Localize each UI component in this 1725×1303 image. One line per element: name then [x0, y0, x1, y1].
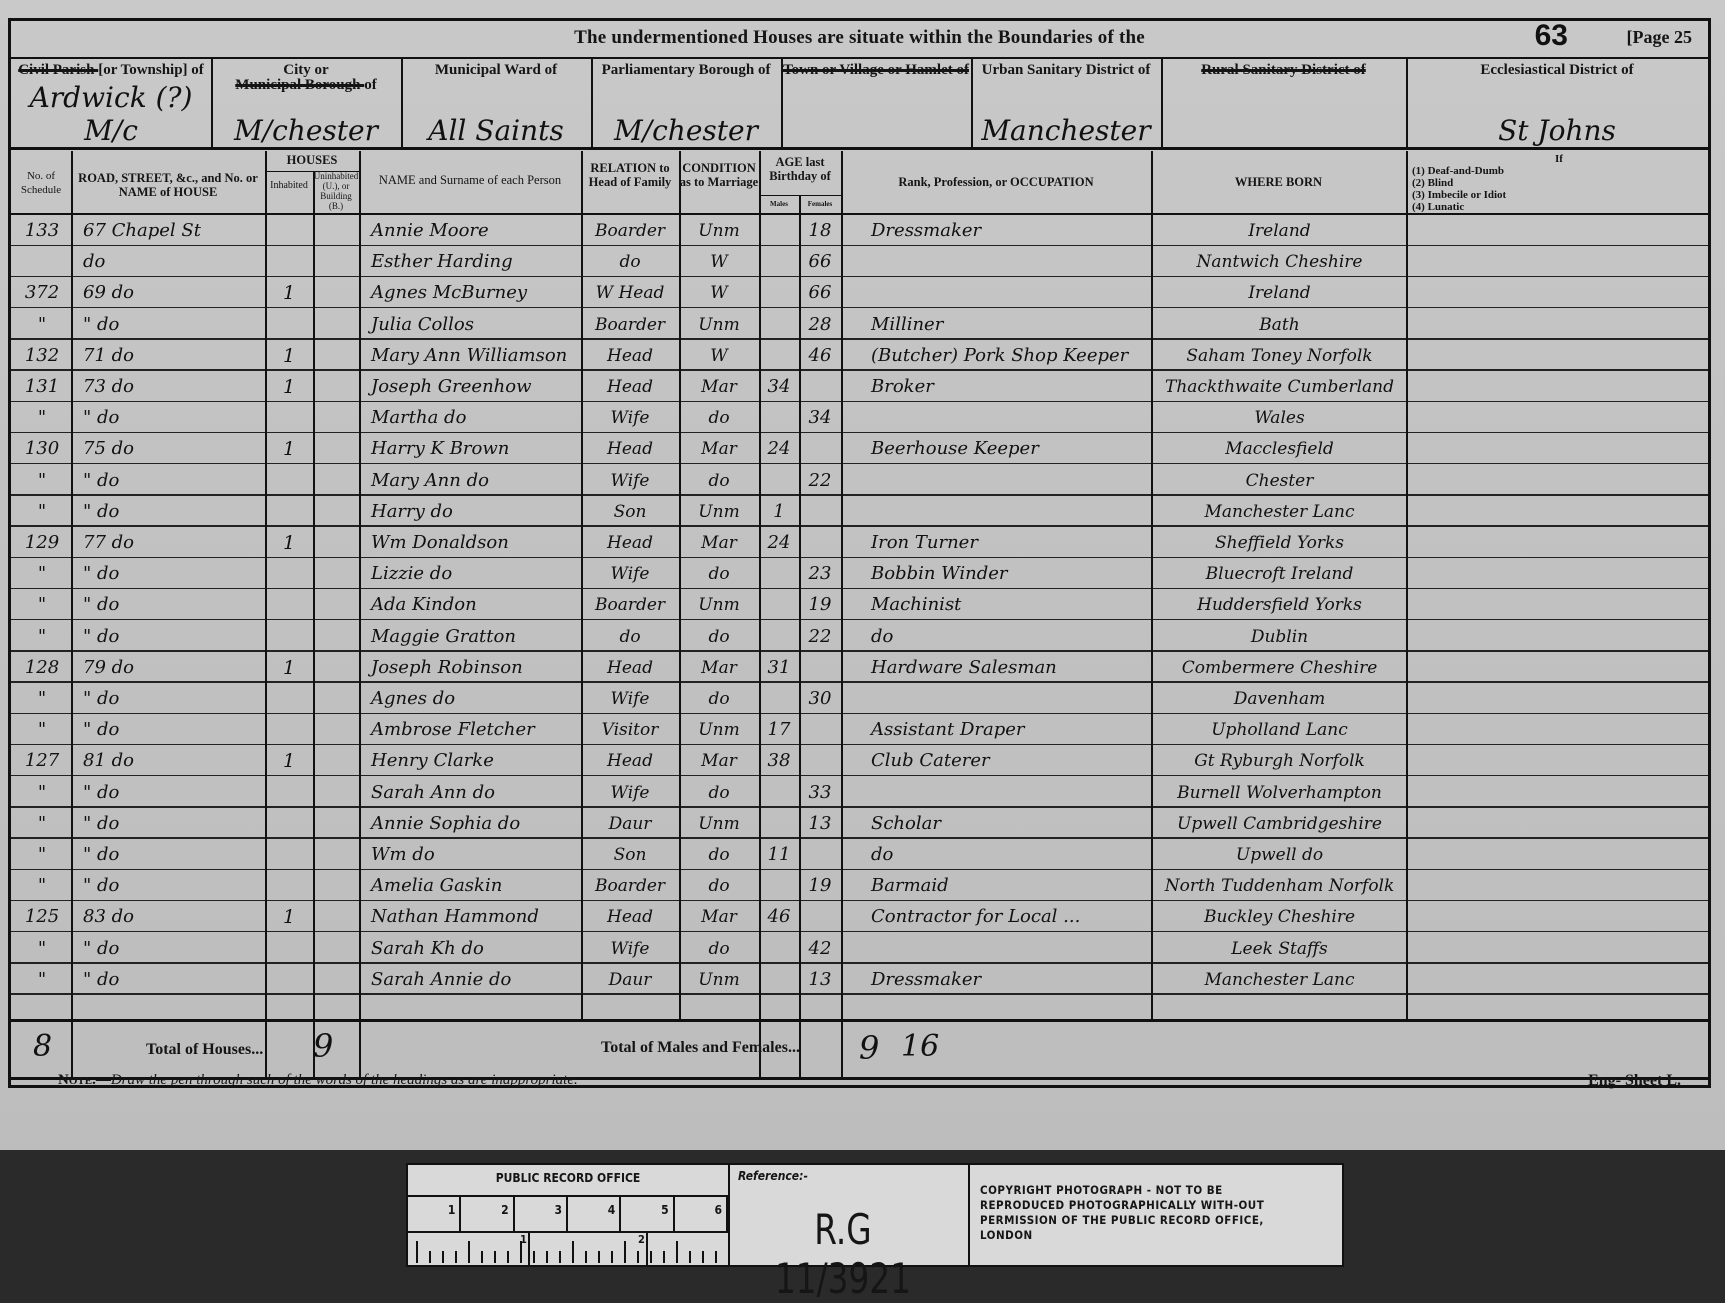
person-name: Ambrose Fletcher	[371, 716, 579, 744]
relation: Son	[581, 841, 679, 869]
boundary-field-0: Civil Parish [or Township] ofArdwick (?)…	[11, 59, 211, 151]
road-address: " do	[79, 872, 267, 900]
person-name: Amelia Gaskin	[371, 872, 579, 900]
condition: do	[679, 935, 759, 963]
boundary-value: Manchester	[971, 114, 1161, 147]
schedule-number: "	[15, 591, 69, 619]
age-male	[759, 279, 799, 307]
road-address: " do	[79, 623, 267, 651]
age-female: 19	[799, 591, 841, 619]
sheet-label: Eng- Sheet L.	[1588, 1072, 1681, 1090]
boundary-value: All Saints	[401, 114, 591, 147]
relation: Head	[581, 747, 679, 775]
ruler-tick	[702, 1251, 704, 1263]
col-header-houses: HOUSES	[265, 153, 359, 167]
schedule-number: "	[15, 311, 69, 339]
relation: Head	[581, 654, 679, 682]
inhabited-count	[265, 591, 313, 619]
age-female: 33	[799, 779, 841, 807]
road-address: " do	[79, 935, 267, 963]
person-name: Sarah Annie do	[371, 966, 579, 994]
boundary-field-1: City orMunicipal Borough ofM/chester	[211, 59, 401, 151]
inhabited-count	[265, 560, 313, 588]
occupation	[871, 935, 1147, 963]
where-born: North Tuddenham Norfolk	[1155, 872, 1404, 900]
ruler-tick	[637, 1251, 639, 1263]
person-name: Julia Collos	[371, 311, 579, 339]
schedule-number: "	[15, 779, 69, 807]
col-header-schedule: No. of Schedule	[11, 169, 71, 197]
schedule-number: 129	[15, 529, 69, 557]
person-name: Agnes do	[371, 685, 579, 713]
boundary-label: Rural Sanitary District of	[1161, 63, 1406, 78]
condition: Mar	[679, 903, 759, 931]
col-header-where-born: WHERE BORN	[1151, 175, 1406, 189]
age-male	[759, 810, 799, 838]
occupation	[871, 279, 1147, 307]
where-born: Davenham	[1155, 685, 1404, 713]
schedule-number: "	[15, 498, 69, 526]
occupation: (Butcher) Pork Shop Keeper	[871, 342, 1147, 370]
schedule-number: "	[15, 623, 69, 651]
ruler-tick	[585, 1251, 587, 1263]
condition: W	[679, 342, 759, 370]
inhabited-count	[265, 779, 313, 807]
age-male	[759, 311, 799, 339]
age-male	[759, 966, 799, 994]
col-header-uninhabited: Uninhabited (U.), or Building (B.)	[313, 171, 359, 211]
road-address: " do	[79, 716, 267, 744]
page-number: [Page 25	[1627, 27, 1692, 48]
age-female: 18	[799, 217, 841, 245]
road-address: " do	[79, 810, 267, 838]
footnote: Note.—Draw the pen through such of the w…	[58, 1072, 578, 1089]
ruler-box: PUBLIC RECORD OFFICE 123456 12	[408, 1165, 730, 1265]
schedule-number: "	[15, 872, 69, 900]
road-address: " do	[79, 404, 267, 432]
ruler-mark: 4	[568, 1197, 621, 1231]
total-schedules: 8	[33, 1029, 52, 1064]
boundary-field-7: Ecclesiastical District ofSt Johns	[1406, 59, 1708, 151]
occupation: Milliner	[871, 311, 1147, 339]
road-address: 83 do	[79, 903, 267, 931]
boundary-label: Municipal Ward of	[401, 63, 591, 78]
boundary-label: City orMunicipal Borough of	[211, 63, 401, 93]
age-male	[759, 217, 799, 245]
form-title: The undermentioned Houses are situate wi…	[11, 27, 1708, 49]
relation: Wife	[581, 685, 679, 713]
inhabited-count: 1	[265, 279, 313, 307]
schedule-number: 130	[15, 435, 69, 463]
where-born: Leek Staffs	[1155, 935, 1404, 963]
age-male	[759, 685, 799, 713]
ruler-mark: 2	[461, 1197, 514, 1231]
boundary-label: Town or Village or Hamlet of	[781, 63, 971, 78]
person-name: Wm Donaldson	[371, 529, 579, 557]
schedule-number: "	[15, 716, 69, 744]
ruler-inch-label: 2	[638, 1233, 645, 1246]
col-header-infirmity: If(1) Deaf-and-Dumb(2) Blind(3) Imbecile…	[1412, 153, 1706, 213]
ruler-tick	[455, 1251, 457, 1263]
person-name: Sarah Kh do	[371, 935, 579, 963]
occupation: Broker	[871, 373, 1147, 401]
where-born: Burnell Wolverhampton	[1155, 779, 1404, 807]
person-name: Annie Sophia do	[371, 810, 579, 838]
person-name: Harry K Brown	[371, 435, 579, 463]
occupation: Bobbin Winder	[871, 560, 1147, 588]
condition: W	[679, 279, 759, 307]
schedule-number: "	[15, 404, 69, 432]
ruler-tick	[715, 1251, 717, 1263]
road-address: 73 do	[79, 373, 267, 401]
person-name: Martha do	[371, 404, 579, 432]
relation: Wife	[581, 404, 679, 432]
inhabited-count	[265, 217, 313, 245]
occupation: Scholar	[871, 810, 1147, 838]
where-born: Wales	[1155, 404, 1404, 432]
inhabited-count: 1	[265, 435, 313, 463]
condition: W	[679, 248, 759, 276]
where-born: Combermere Cheshire	[1155, 654, 1404, 682]
where-born: Ireland	[1155, 279, 1404, 307]
where-born: Nantwich Cheshire	[1155, 248, 1404, 276]
road-address: 69 do	[79, 279, 267, 307]
boundary-value: St Johns	[1406, 114, 1708, 147]
road-address: " do	[79, 685, 267, 713]
where-born: Dublin	[1155, 623, 1404, 651]
schedule-number: 132	[15, 342, 69, 370]
relation: Wife	[581, 935, 679, 963]
relation: do	[581, 248, 679, 276]
relation: Wife	[581, 779, 679, 807]
total-houses-label: Total of Houses...	[146, 1041, 263, 1059]
condition: do	[679, 872, 759, 900]
scale-top: 123456	[408, 1195, 728, 1233]
age-female	[799, 747, 841, 775]
inhabited-count	[265, 716, 313, 744]
ruler-tick	[416, 1241, 418, 1263]
age-male: 1	[759, 498, 799, 526]
occupation: Iron Turner	[871, 529, 1147, 557]
occupation: Contractor for Local ...	[871, 903, 1147, 931]
ruler-mark: 3	[515, 1197, 568, 1231]
ruler-mark: 5	[621, 1197, 674, 1231]
ruler-tick	[559, 1251, 561, 1263]
age-female: 28	[799, 311, 841, 339]
condition: Mar	[679, 529, 759, 557]
col-header-name: NAME and Surname of each Person	[359, 173, 581, 187]
road-address: " do	[79, 467, 267, 495]
inhabited-count	[265, 872, 313, 900]
where-born: Manchester Lanc	[1155, 498, 1404, 526]
schedule-number: 372	[15, 279, 69, 307]
road-address: 77 do	[79, 529, 267, 557]
divider	[11, 147, 1708, 150]
occupation: do	[871, 841, 1147, 869]
age-female: 66	[799, 279, 841, 307]
relation: Head	[581, 529, 679, 557]
age-female	[799, 498, 841, 526]
age-male	[759, 404, 799, 432]
age-female: 66	[799, 248, 841, 276]
schedule-number: "	[15, 841, 69, 869]
where-born: Huddersfield Yorks	[1155, 591, 1404, 619]
boundary-label: Urban Sanitary District of	[971, 63, 1161, 78]
age-female: 19	[799, 872, 841, 900]
relation: Boarder	[581, 591, 679, 619]
boundary-value: M/chester	[211, 114, 401, 147]
col-header-females: Females	[799, 197, 841, 211]
where-born: Saham Toney Norfolk	[1155, 342, 1404, 370]
road-address: " do	[79, 966, 267, 994]
condition: do	[679, 467, 759, 495]
ruler-tick	[507, 1251, 509, 1263]
age-female: 13	[799, 810, 841, 838]
total-females: 16	[901, 1029, 939, 1064]
col-header-occupation: Rank, Profession, or OCCUPATION	[841, 175, 1151, 189]
ruler-tick	[481, 1251, 483, 1263]
age-female	[799, 654, 841, 682]
occupation: Machinist	[871, 591, 1147, 619]
condition: Unm	[679, 311, 759, 339]
road-address: " do	[79, 560, 267, 588]
inhabited-count: 1	[265, 342, 313, 370]
age-male	[759, 560, 799, 588]
where-born: Thackthwaite Cumberland	[1155, 373, 1404, 401]
road-address: " do	[79, 498, 267, 526]
relation: Wife	[581, 467, 679, 495]
inhabited-count: 1	[265, 654, 313, 682]
col-header-relation: RELATION to Head of Family	[581, 161, 679, 189]
schedule-number: 125	[15, 903, 69, 931]
schedule-number: 127	[15, 747, 69, 775]
ruler-tick	[572, 1241, 574, 1263]
schedule-number	[15, 248, 69, 276]
schedule-number: "	[15, 935, 69, 963]
where-born: Sheffield Yorks	[1155, 529, 1404, 557]
relation: Daur	[581, 966, 679, 994]
schedule-number: "	[15, 966, 69, 994]
age-male	[759, 248, 799, 276]
inhabited-count: 1	[265, 529, 313, 557]
condition: Mar	[679, 747, 759, 775]
where-born: Upholland Lanc	[1155, 716, 1404, 744]
condition: Unm	[679, 716, 759, 744]
road-address: 79 do	[79, 654, 267, 682]
total-males: 9	[859, 1029, 879, 1067]
age-female	[799, 903, 841, 931]
copyright-notice: COPYRIGHT PHOTOGRAPH - NOT TO BE REPRODU…	[980, 1183, 1270, 1243]
boundary-label: Ecclesiastical District of	[1406, 63, 1708, 78]
boundary-field-6: Rural Sanitary District of	[1161, 59, 1406, 151]
road-address: " do	[79, 779, 267, 807]
age-male	[759, 935, 799, 963]
schedule-number: 133	[15, 217, 69, 245]
age-male	[759, 779, 799, 807]
age-female	[799, 841, 841, 869]
relation: Head	[581, 373, 679, 401]
relation: W Head	[581, 279, 679, 307]
condition: do	[679, 623, 759, 651]
where-born: Bluecroft Ireland	[1155, 560, 1404, 588]
condition: Unm	[679, 217, 759, 245]
ruler-mark: 1	[408, 1197, 461, 1231]
age-male	[759, 342, 799, 370]
col-header-condition: CONDITION as to Marriage	[679, 161, 759, 189]
ruler-tick	[689, 1251, 691, 1263]
condition: do	[679, 685, 759, 713]
ruler-tick	[611, 1251, 613, 1263]
condition: do	[679, 841, 759, 869]
boundary-value: Ardwick (?) M/c	[11, 81, 211, 147]
age-male: 11	[759, 841, 799, 869]
ruler-tick	[429, 1251, 431, 1263]
ruler-tick	[533, 1251, 535, 1263]
age-female: 46	[799, 342, 841, 370]
boundary-label: Civil Parish [or Township] of	[11, 63, 211, 78]
inhabited-count: 1	[265, 373, 313, 401]
age-male: 24	[759, 529, 799, 557]
where-born: Manchester Lanc	[1155, 966, 1404, 994]
age-female: 23	[799, 560, 841, 588]
condition: Mar	[679, 373, 759, 401]
road-address: 67 Chapel St	[79, 217, 267, 245]
road-address: 81 do	[79, 747, 267, 775]
person-name: Ada Kindon	[371, 591, 579, 619]
person-name: Maggie Gratton	[371, 623, 579, 651]
ruler-tick	[598, 1251, 600, 1263]
public-record-office-stamp: PUBLIC RECORD OFFICE 123456 12 Reference…	[406, 1163, 1344, 1267]
age-male: 38	[759, 747, 799, 775]
ruler-tick	[624, 1241, 626, 1263]
road-address: " do	[79, 841, 267, 869]
total-persons-label: Total of Males and Females...	[601, 1039, 800, 1057]
road-address: 75 do	[79, 435, 267, 463]
col-header-road: ROAD, STREET, &c., and No. or NAME of HO…	[71, 171, 265, 199]
age-female: 22	[799, 467, 841, 495]
boundary-value: M/chester	[591, 114, 781, 147]
age-male	[759, 623, 799, 651]
relation: Boarder	[581, 872, 679, 900]
reference-label: Reference:-	[738, 1169, 808, 1183]
schedule-number: "	[15, 685, 69, 713]
condition: do	[679, 560, 759, 588]
where-born: Upwell do	[1155, 841, 1404, 869]
occupation	[871, 779, 1147, 807]
where-born: Buckley Cheshire	[1155, 903, 1404, 931]
age-male: 24	[759, 435, 799, 463]
occupation: Beerhouse Keeper	[871, 435, 1147, 463]
road-address: " do	[79, 311, 267, 339]
occupation	[871, 467, 1147, 495]
where-born: Gt Ryburgh Norfolk	[1155, 747, 1404, 775]
ruler-tick	[442, 1251, 444, 1263]
occupation: Dressmaker	[871, 217, 1147, 245]
totals-row: 8 Total of Houses... 9 Total of Males an…	[11, 1021, 1708, 1079]
inhabited-count	[265, 467, 313, 495]
ruler-tick	[650, 1251, 652, 1263]
relation: Son	[581, 498, 679, 526]
office-label: PUBLIC RECORD OFFICE	[408, 1171, 728, 1185]
age-male	[759, 591, 799, 619]
relation: Daur	[581, 810, 679, 838]
ruler-mark: 6	[675, 1197, 728, 1231]
inhabited-count	[265, 935, 313, 963]
boundary-field-5: Urban Sanitary District ofManchester	[971, 59, 1161, 151]
reference-number: R.G 11/3921	[753, 1205, 932, 1274]
schedule-number: "	[15, 467, 69, 495]
inhabited-count	[265, 311, 313, 339]
occupation: Assistant Draper	[871, 716, 1147, 744]
ruler-tick	[546, 1251, 548, 1263]
col-header-males: Males	[759, 197, 799, 211]
age-female	[799, 373, 841, 401]
occupation	[871, 498, 1147, 526]
boundary-label: Parliamentary Borough of	[591, 63, 781, 78]
relation: Boarder	[581, 311, 679, 339]
age-female: 34	[799, 404, 841, 432]
relation: Visitor	[581, 716, 679, 744]
schedule-number: "	[15, 810, 69, 838]
inhabited-count: 1	[265, 747, 313, 775]
occupation: Dressmaker	[871, 966, 1147, 994]
person-name: Mary Ann Williamson	[371, 342, 579, 370]
ruler-inch-label: 1	[520, 1233, 527, 1246]
age-female	[799, 716, 841, 744]
where-born: Ireland	[1155, 217, 1404, 245]
relation: Head	[581, 903, 679, 931]
boundary-field-3: Parliamentary Borough ofM/chester	[591, 59, 781, 151]
person-name: Harry do	[371, 498, 579, 526]
person-name: Agnes McBurney	[371, 279, 579, 307]
person-name: Joseph Greenhow	[371, 373, 579, 401]
person-name: Wm do	[371, 841, 579, 869]
condition: Unm	[679, 810, 759, 838]
condition: do	[679, 404, 759, 432]
age-male: 17	[759, 716, 799, 744]
inhabited-count	[265, 248, 313, 276]
schedule-number: 128	[15, 654, 69, 682]
person-name: Sarah Ann do	[371, 779, 579, 807]
occupation: Hardware Salesman	[871, 654, 1147, 682]
folio-number: 63	[1535, 19, 1568, 53]
age-male: 46	[759, 903, 799, 931]
ruler-tick	[676, 1241, 678, 1263]
ruler-tick	[468, 1241, 470, 1263]
total-houses-value: 9	[313, 1027, 333, 1065]
road-address: do	[79, 248, 267, 276]
inhabited-count	[265, 498, 313, 526]
where-born: Upwell Cambridgeshire	[1155, 810, 1404, 838]
person-name: Mary Ann do	[371, 467, 579, 495]
age-male	[759, 872, 799, 900]
where-born: Macclesfield	[1155, 435, 1404, 463]
condition: Unm	[679, 498, 759, 526]
relation: Boarder	[581, 217, 679, 245]
age-female: 30	[799, 685, 841, 713]
person-name: Esther Harding	[371, 248, 579, 276]
occupation	[871, 248, 1147, 276]
where-born: Bath	[1155, 311, 1404, 339]
ruler-tick	[494, 1251, 496, 1263]
inhabited-count	[265, 685, 313, 713]
relation: do	[581, 623, 679, 651]
age-female	[799, 529, 841, 557]
where-born: Chester	[1155, 467, 1404, 495]
occupation: Barmaid	[871, 872, 1147, 900]
relation: Head	[581, 435, 679, 463]
road-address: " do	[79, 591, 267, 619]
